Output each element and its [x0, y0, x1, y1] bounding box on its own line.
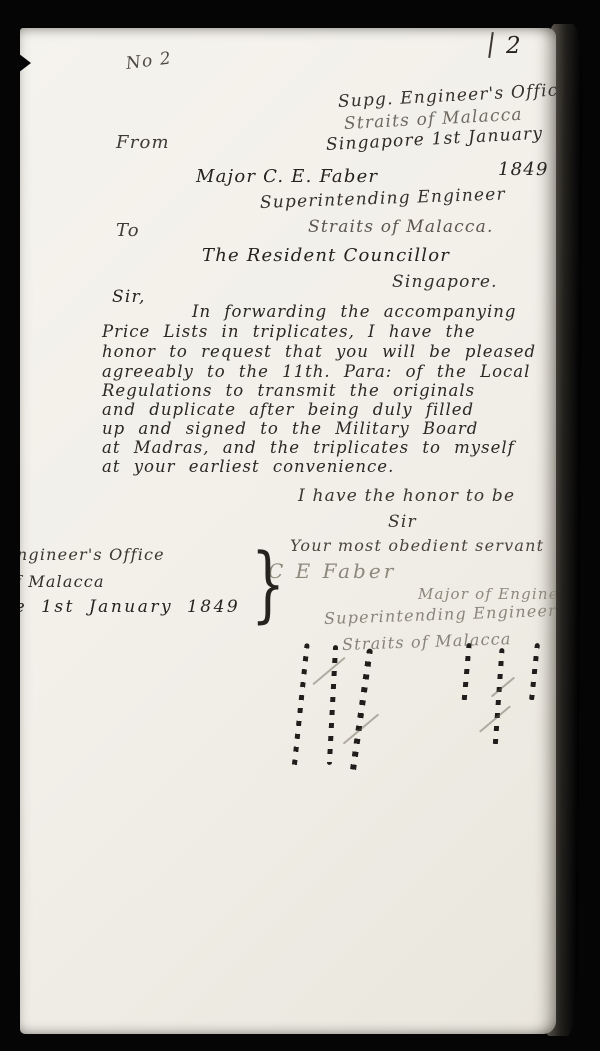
folio-number: 2: [506, 33, 522, 59]
body-line: at Madras, and the triplicates to myself: [102, 438, 515, 457]
signature-title: Superintending Engineer: [324, 601, 556, 628]
ink-bleed-fleck: [491, 677, 515, 698]
letter-page: 2 No 2 Supg. Engineer's Office Straits o…: [20, 28, 556, 1034]
sender-name: Major C. E. Faber: [196, 166, 378, 187]
margin-docket-line-1: Engineer's Office: [20, 545, 165, 564]
valediction-line-3: Your most obedient servant: [290, 536, 544, 555]
doc-number: No 2: [125, 48, 173, 73]
recipient-place: Singapore.: [392, 272, 498, 292]
scan-backdrop: 2 No 2 Supg. Engineer's Office Straits o…: [0, 0, 600, 1051]
backdrop-notch: [14, 50, 31, 76]
signature-rank: Major of Engineers: [418, 585, 556, 603]
body-line: and duplicate after being duly filled: [102, 400, 474, 419]
docket-brace: }: [251, 544, 285, 626]
valediction-line-2: Sir: [388, 512, 417, 532]
ink-bleed-dots: [529, 643, 540, 701]
office-year-line: 1849: [498, 159, 549, 180]
margin-docket-line-2: of Malacca: [20, 572, 105, 591]
body-line: Price Lists in triplicates, I have the: [102, 322, 476, 341]
body-line: agreeably to the 11th. Para: of the Loca…: [102, 362, 530, 381]
ink-bleed-dots: [349, 648, 373, 778]
valediction-line-1: I have the honor to be: [298, 486, 515, 506]
recipient-name: The Resident Councillor: [202, 245, 450, 266]
body-line: In forwarding the accompanying: [192, 302, 516, 321]
body-line: honor to request that you will be please…: [102, 342, 536, 361]
ink-bleed-fleck: [312, 657, 345, 686]
signature: C E Faber: [268, 559, 396, 583]
to-label: To: [116, 220, 140, 241]
ink-bleed-dots: [291, 643, 309, 771]
body-line: Regulations to transmit the originals: [102, 381, 475, 400]
ink-bleed-dots: [492, 648, 504, 750]
from-label: From: [116, 132, 170, 153]
sender-title: Superintending Engineer: [260, 184, 506, 213]
body-line: up and signed to the Military Board: [102, 419, 478, 438]
office-name-line: Supg. Engineer's Office: [337, 80, 556, 112]
salutation: Sir,: [112, 287, 146, 307]
stray-ink-mark: [488, 32, 494, 58]
sender-station: Straits of Malacca.: [308, 217, 494, 237]
margin-docket-line-3: re 1st January 1849: [20, 597, 240, 617]
ink-bleed-dots: [461, 643, 471, 705]
body-line: at your earliest convenience.: [102, 457, 394, 476]
